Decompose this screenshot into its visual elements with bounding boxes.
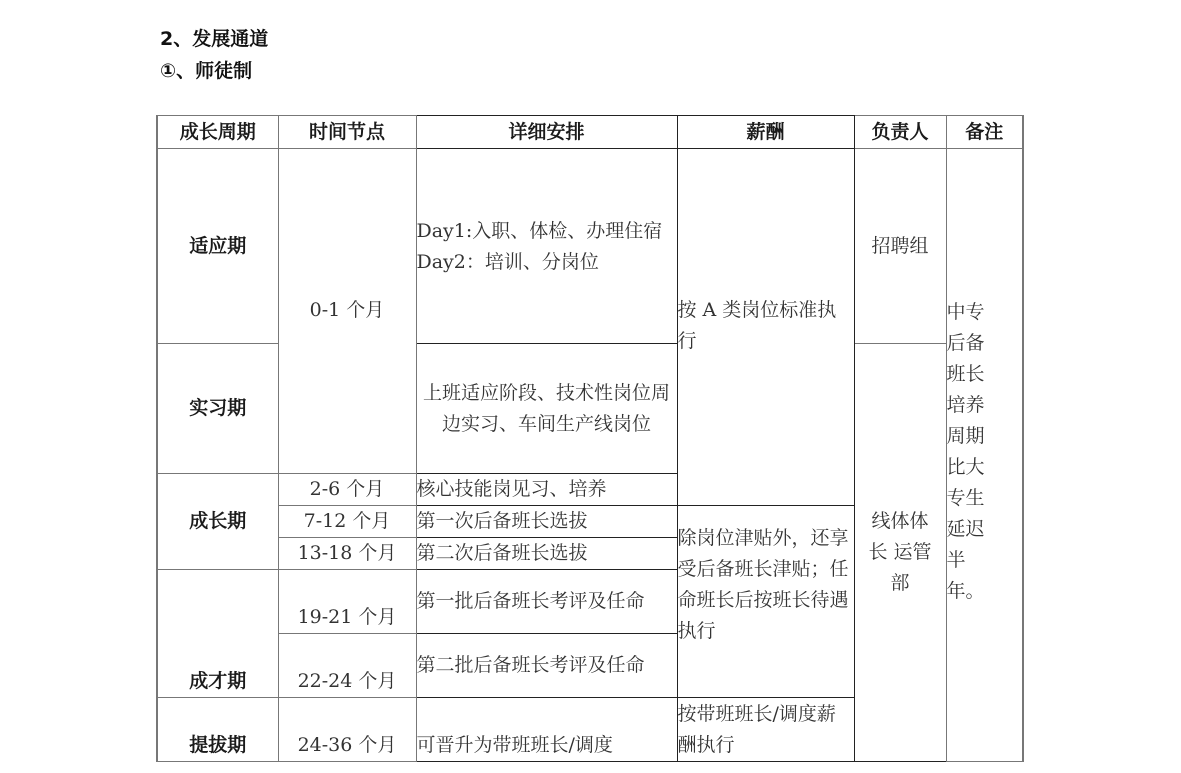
time-cell: 2-6 个月 xyxy=(278,474,416,506)
detail-cell: 可晋升为带班班长/调度 xyxy=(416,698,677,762)
detail-cell: 第一次后备班长选拔 xyxy=(416,506,677,538)
subsection-heading: ①、师徒制 xyxy=(160,56,252,83)
header-note: 备注 xyxy=(946,116,1023,149)
note-cell: 中专后备班长培养周期比大专生延迟半年。 xyxy=(946,149,1023,762)
header-time: 时间节点 xyxy=(278,116,416,149)
time-cell: 7-12 个月 xyxy=(278,506,416,538)
pay-cell: 按 A 类岗位标准执行 xyxy=(677,149,854,506)
owner-cell: 招聘组 xyxy=(854,149,946,344)
header-detail: 详细安排 xyxy=(416,116,677,149)
phase-cell: 实习期 xyxy=(157,344,278,474)
pay-cell: 除岗位津贴外，还享受后备班长津贴；任命班长后按班长待遇执行 xyxy=(677,506,854,698)
phase-cell: 提拔期 xyxy=(157,698,278,762)
header-phase: 成长周期 xyxy=(157,116,278,149)
detail-cell: Day1:入职、体检、办理住宿 Day2：培训、分岗位 xyxy=(416,149,677,344)
time-cell: 13-18 个月 xyxy=(278,538,416,570)
detail-cell: 上班适应阶段、技术性岗位周边实习、车间生产线岗位 xyxy=(416,344,677,474)
table-row: 适应期 0-1 个月 Day1:入职、体检、办理住宿 Day2：培训、分岗位 按… xyxy=(157,149,1023,344)
header-pay: 薪酬 xyxy=(677,116,854,149)
detail-cell: 第二次后备班长选拔 xyxy=(416,538,677,570)
table-header-row: 成长周期 时间节点 详细安排 薪酬 负责人 备注 xyxy=(157,116,1023,149)
time-cell: 0-1 个月 xyxy=(278,149,416,474)
phase-cell: 成才期 xyxy=(157,570,278,698)
time-cell: 19-21 个月 xyxy=(278,570,416,634)
time-cell: 24-36 个月 xyxy=(278,698,416,762)
section-heading: 2、发展通道 xyxy=(160,24,268,51)
time-cell: 22-24 个月 xyxy=(278,634,416,698)
pay-cell: 按带班班长/调度薪酬执行 xyxy=(677,698,854,762)
growth-plan-table: 成长周期 时间节点 详细安排 薪酬 负责人 备注 适应期 0-1 个月 Day1… xyxy=(156,115,1024,762)
owner-cell: 线体体长 运管部 xyxy=(854,344,946,762)
detail-cell: 核心技能岗见习、培养 xyxy=(416,474,677,506)
detail-cell: 第二批后备班长考评及任命 xyxy=(416,634,677,698)
detail-cell: 第一批后备班长考评及任命 xyxy=(416,570,677,634)
header-owner: 负责人 xyxy=(854,116,946,149)
phase-cell: 成长期 xyxy=(157,474,278,570)
phase-cell: 适应期 xyxy=(157,149,278,344)
